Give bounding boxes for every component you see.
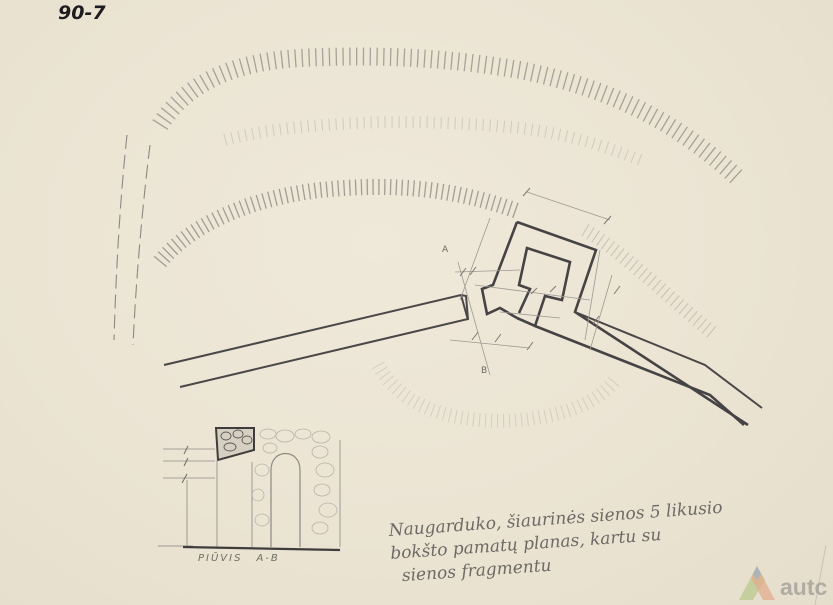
- archival-drawing-sheet: 90-7 A B PIŪVIS A-B Naugarduko, šiaurinė…: [0, 0, 833, 605]
- dashed-boundary-lines: [114, 135, 150, 345]
- autc-watermark: autc: [735, 560, 831, 602]
- faint-middle-hachure: [225, 122, 640, 160]
- section-ab-drawing: [158, 428, 340, 550]
- outer-embankment-hachure: [160, 57, 740, 181]
- left-wall: [164, 295, 468, 387]
- section-caption: PIŪVIS A-B: [198, 553, 280, 564]
- section-caption-id: A-B: [256, 553, 279, 564]
- section-marker-a: A: [442, 245, 448, 255]
- inner-embankment-hachure: [160, 187, 715, 335]
- section-caption-word: PIŪVIS: [198, 553, 242, 564]
- right-wall: [575, 312, 762, 408]
- tower-foundation: [482, 222, 748, 425]
- section-marker-b: B: [481, 366, 487, 376]
- sheet-number: 90-7: [58, 2, 106, 24]
- autc-watermark-text: autc: [780, 574, 827, 601]
- lower-faint-hachure: [378, 365, 615, 421]
- autc-logo-icon: [735, 560, 785, 602]
